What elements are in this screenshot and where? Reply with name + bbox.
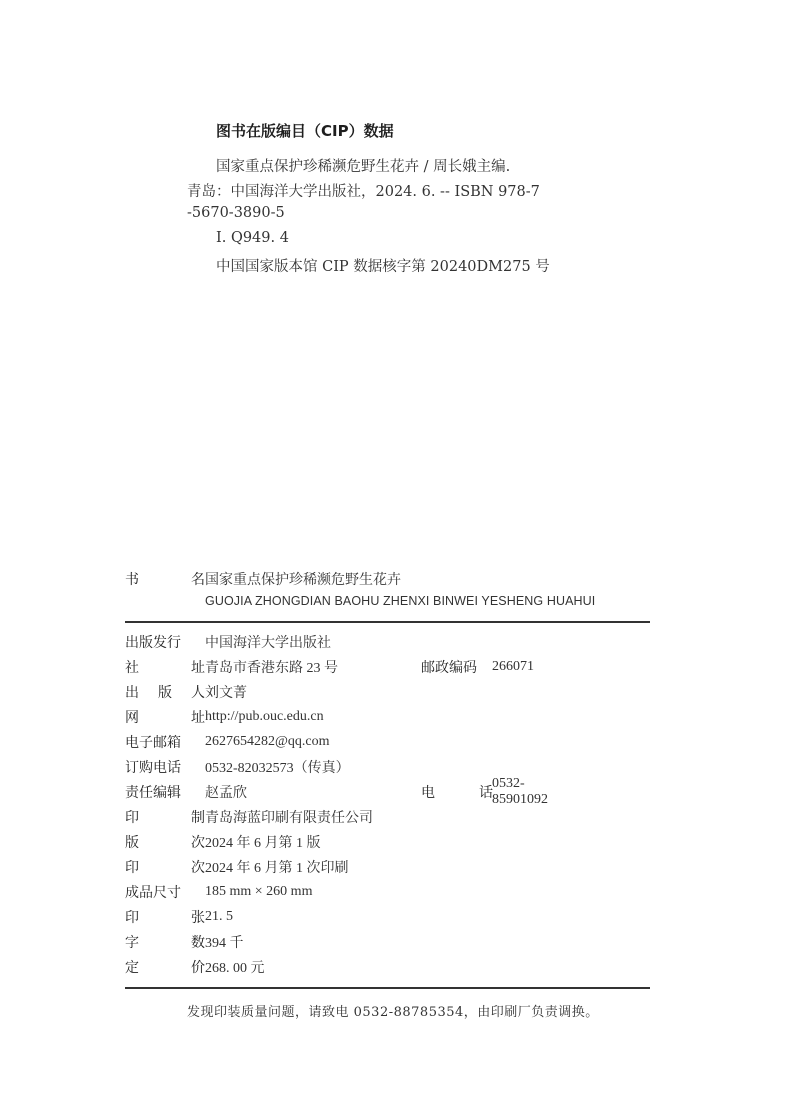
detail-row: 网址http://pub.ouc.edu.cn — [125, 706, 324, 728]
detail-label: 印制 — [125, 807, 205, 827]
cip-line-3: -5670-3890-5 — [187, 205, 285, 221]
detail-value-secondary: 0532-85901092 — [492, 776, 548, 808]
detail-row: 定价268. 00 元 — [125, 956, 265, 978]
label-char: 出 — [125, 682, 139, 702]
detail-value: http://pub.ouc.edu.cn — [205, 709, 324, 725]
detail-label: 电子邮箱 — [125, 732, 205, 752]
label-char: 价 — [191, 957, 205, 977]
detail-row: 印制青岛海蓝印刷有限责任公司 — [125, 806, 373, 828]
label-char: 印 — [125, 907, 139, 927]
detail-label: 订购电话 — [125, 757, 205, 777]
detail-value: 185 mm × 260 mm — [205, 884, 312, 900]
detail-row: 电子邮箱2627654282@qq.com — [125, 731, 330, 753]
cip-line-1: 国家重点保护珍稀濒危野生花卉 / 周长娥主编. — [216, 155, 510, 176]
detail-value: 青岛海蓝印刷有限责任公司 — [205, 807, 373, 827]
detail-label: 网址 — [125, 707, 205, 727]
label-char: 社 — [125, 657, 139, 677]
label-char: 邮政编码 — [421, 657, 477, 677]
label-char: 张 — [191, 907, 205, 927]
detail-value: 刘文菁 — [205, 682, 247, 702]
quality-notice: 发现印装质量问题，请致电 0532-88785354，由印刷厂负责调换。 — [187, 1001, 599, 1020]
detail-value: 赵孟欣 — [205, 782, 247, 802]
label-char: 址 — [191, 707, 205, 727]
detail-value: 2024 年 6 月第 1 次印刷 — [205, 857, 349, 877]
detail-row: 社址青岛市香港东路 23 号邮政编码266071 — [125, 656, 338, 678]
detail-label: 出版发行 — [125, 632, 205, 652]
cip-line-5: 中国国家版本馆 CIP 数据核字第 20240DM275 号 — [216, 255, 550, 276]
detail-row: 订购电话0532-82032573（传真） — [125, 756, 350, 778]
label-char: 版 — [158, 682, 172, 702]
detail-value: 中国海洋大学出版社 — [205, 632, 331, 652]
label-char: 网 — [125, 707, 139, 727]
detail-value: 394 千 — [205, 932, 244, 952]
label-char: 版 — [125, 832, 139, 852]
detail-label-secondary: 电话 — [421, 782, 493, 802]
label-char: 人 — [191, 682, 205, 702]
detail-label-secondary: 邮政编码 — [421, 657, 493, 677]
bottom-divider — [125, 987, 650, 989]
label-char: 成品尺寸 — [125, 882, 181, 902]
label-char: 定 — [125, 957, 139, 977]
detail-label: 版次 — [125, 832, 205, 852]
cip-line-2: 青岛：中国海洋大学出版社，2024. 6. -- ISBN 978-7 — [187, 180, 540, 201]
detail-label: 印次 — [125, 857, 205, 877]
label-char: 印 — [125, 807, 139, 827]
label-char: 责任编辑 — [125, 782, 181, 802]
label-char: 次 — [191, 857, 205, 877]
detail-row: 字数394 千 — [125, 931, 244, 953]
label-char: 字 — [125, 932, 139, 952]
detail-value: 0532-82032573（传真） — [205, 757, 350, 777]
label-char: 址 — [191, 657, 205, 677]
book-title: 国家重点保护珍稀濒危野生花卉 — [205, 569, 401, 589]
label-char: 数 — [191, 932, 205, 952]
label-char: 印 — [125, 857, 139, 877]
label-char: 制 — [191, 807, 205, 827]
detail-row: 出版发行中国海洋大学出版社 — [125, 631, 331, 653]
detail-value: 2024 年 6 月第 1 版 — [205, 832, 321, 852]
detail-row: 版次2024 年 6 月第 1 版 — [125, 831, 321, 853]
book-title-row: 书 名 国家重点保护珍稀濒危野生花卉 — [125, 568, 401, 590]
detail-row: 成品尺寸185 mm × 260 mm — [125, 881, 312, 903]
label-char: 话 — [479, 782, 493, 802]
label-char: 订购电话 — [125, 757, 181, 777]
detail-row: 印次2024 年 6 月第 1 次印刷 — [125, 856, 349, 878]
label-char: 出版发行 — [125, 632, 181, 652]
label-char: 名 — [191, 569, 205, 589]
detail-value: 21. 5 — [205, 909, 233, 925]
cip-line-4: Ⅰ. Q949. 4 — [216, 230, 289, 246]
detail-value: 268. 00 元 — [205, 957, 265, 977]
detail-value-secondary: 266071 — [492, 659, 534, 675]
detail-label: 出版人 — [125, 682, 205, 702]
detail-value: 2627654282@qq.com — [205, 734, 330, 750]
detail-label: 字数 — [125, 932, 205, 952]
book-title-label: 书 名 — [125, 569, 205, 589]
detail-label: 成品尺寸 — [125, 882, 205, 902]
detail-row: 出版人刘文菁 — [125, 681, 247, 703]
detail-label: 定价 — [125, 957, 205, 977]
detail-value: 青岛市香港东路 23 号 — [205, 657, 338, 677]
label-char: 电 — [421, 782, 435, 802]
cip-title: 图书在版编目（CIP）数据 — [216, 120, 394, 141]
top-divider — [125, 621, 650, 623]
label-char: 次 — [191, 832, 205, 852]
book-title-pinyin: GUOJIA ZHONGDIAN BAOHU ZHENXI BINWEI YES… — [205, 594, 595, 608]
detail-label: 社址 — [125, 657, 205, 677]
detail-row: 印张21. 5 — [125, 906, 233, 928]
detail-label: 印张 — [125, 907, 205, 927]
detail-label: 责任编辑 — [125, 782, 205, 802]
detail-row: 责任编辑赵孟欣电话0532-85901092 — [125, 781, 247, 803]
label-char: 电子邮箱 — [125, 732, 181, 752]
label-char: 书 — [125, 569, 139, 589]
